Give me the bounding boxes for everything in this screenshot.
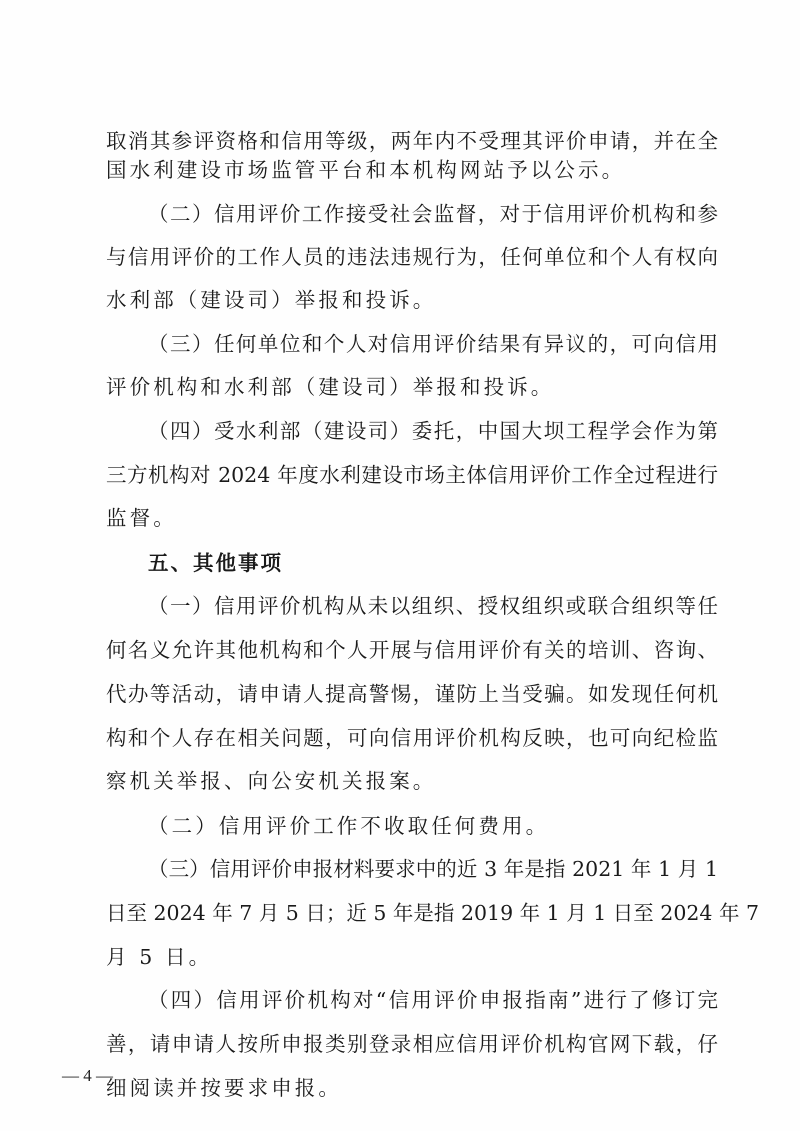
paragraph-line: 细阅读并按要求申报。	[106, 1074, 718, 1102]
paragraph-line: （一）信用评价机构从未以组织、授权组织或联合组织等任	[148, 592, 718, 620]
paragraph-line: （二）信用评价工作不收取任何费用。	[148, 812, 718, 840]
paragraph-line: （四）信用评价机构对“信用评价申报指南”进行了修订完	[148, 986, 718, 1014]
document-page: 取消其参评资格和信用等级，两年内不受理其评价申请，并在全国水利建设市场监管平台和…	[0, 0, 800, 1131]
paragraph-line: 取消其参评资格和信用等级，两年内不受理其评价申请，并在全	[106, 127, 718, 155]
paragraph-line: （三）信用评价申报材料要求中的近 3 年是指 2021 年 1 月 1	[148, 855, 718, 883]
paragraph-line: 国水利建设市场监管平台和本机构网站予以公示。	[106, 156, 718, 184]
paragraph-line: 代办等活动，请申请人提高警惕，谨防上当受骗。如发现任何机	[106, 680, 718, 708]
paragraph-line: 评价机构和水利部（建设司）举报和投诉。	[106, 373, 718, 401]
paragraph-line: 监督。	[106, 504, 718, 532]
paragraph-line: （四）受水利部（建设司）委托，中国大坝工程学会作为第	[148, 417, 718, 445]
paragraph-line: 察机关举报、向公安机关报案。	[106, 767, 718, 795]
paragraph-line: 构和个人存在相关问题，可向信用评价机构反映，也可向纪检监	[106, 724, 718, 752]
paragraph-line: 三方机构对 2024 年度水利建设市场主体信用评价工作全过程进行	[106, 461, 718, 489]
paragraph-line: 何名义允许其他机构和个人开展与信用评价有关的培训、咨询、	[106, 636, 718, 664]
paragraph-line: 水利部（建设司）举报和投诉。	[106, 286, 718, 314]
page-number: — 4 —	[62, 1066, 113, 1086]
paragraph-line: 日至 2024 年 7 月 5 日；近 5 年是指 2019 年 1 月 1 日…	[106, 899, 718, 927]
paragraph-line: （三）任何单位和个人对信用评价结果有异议的，可向信用	[148, 330, 718, 358]
paragraph-line: （二）信用评价工作接受社会监督，对于信用评价机构和参	[148, 200, 718, 228]
section-heading: 五、其他事项	[148, 549, 718, 577]
paragraph-line: 月 5 日。	[106, 943, 718, 971]
paragraph-line: 与信用评价的工作人员的违法违规行为，任何单位和个人有权向	[106, 243, 718, 271]
paragraph-line: 善，请申请人按所申报类别登录相应信用评价机构官网下载，仔	[106, 1030, 718, 1058]
